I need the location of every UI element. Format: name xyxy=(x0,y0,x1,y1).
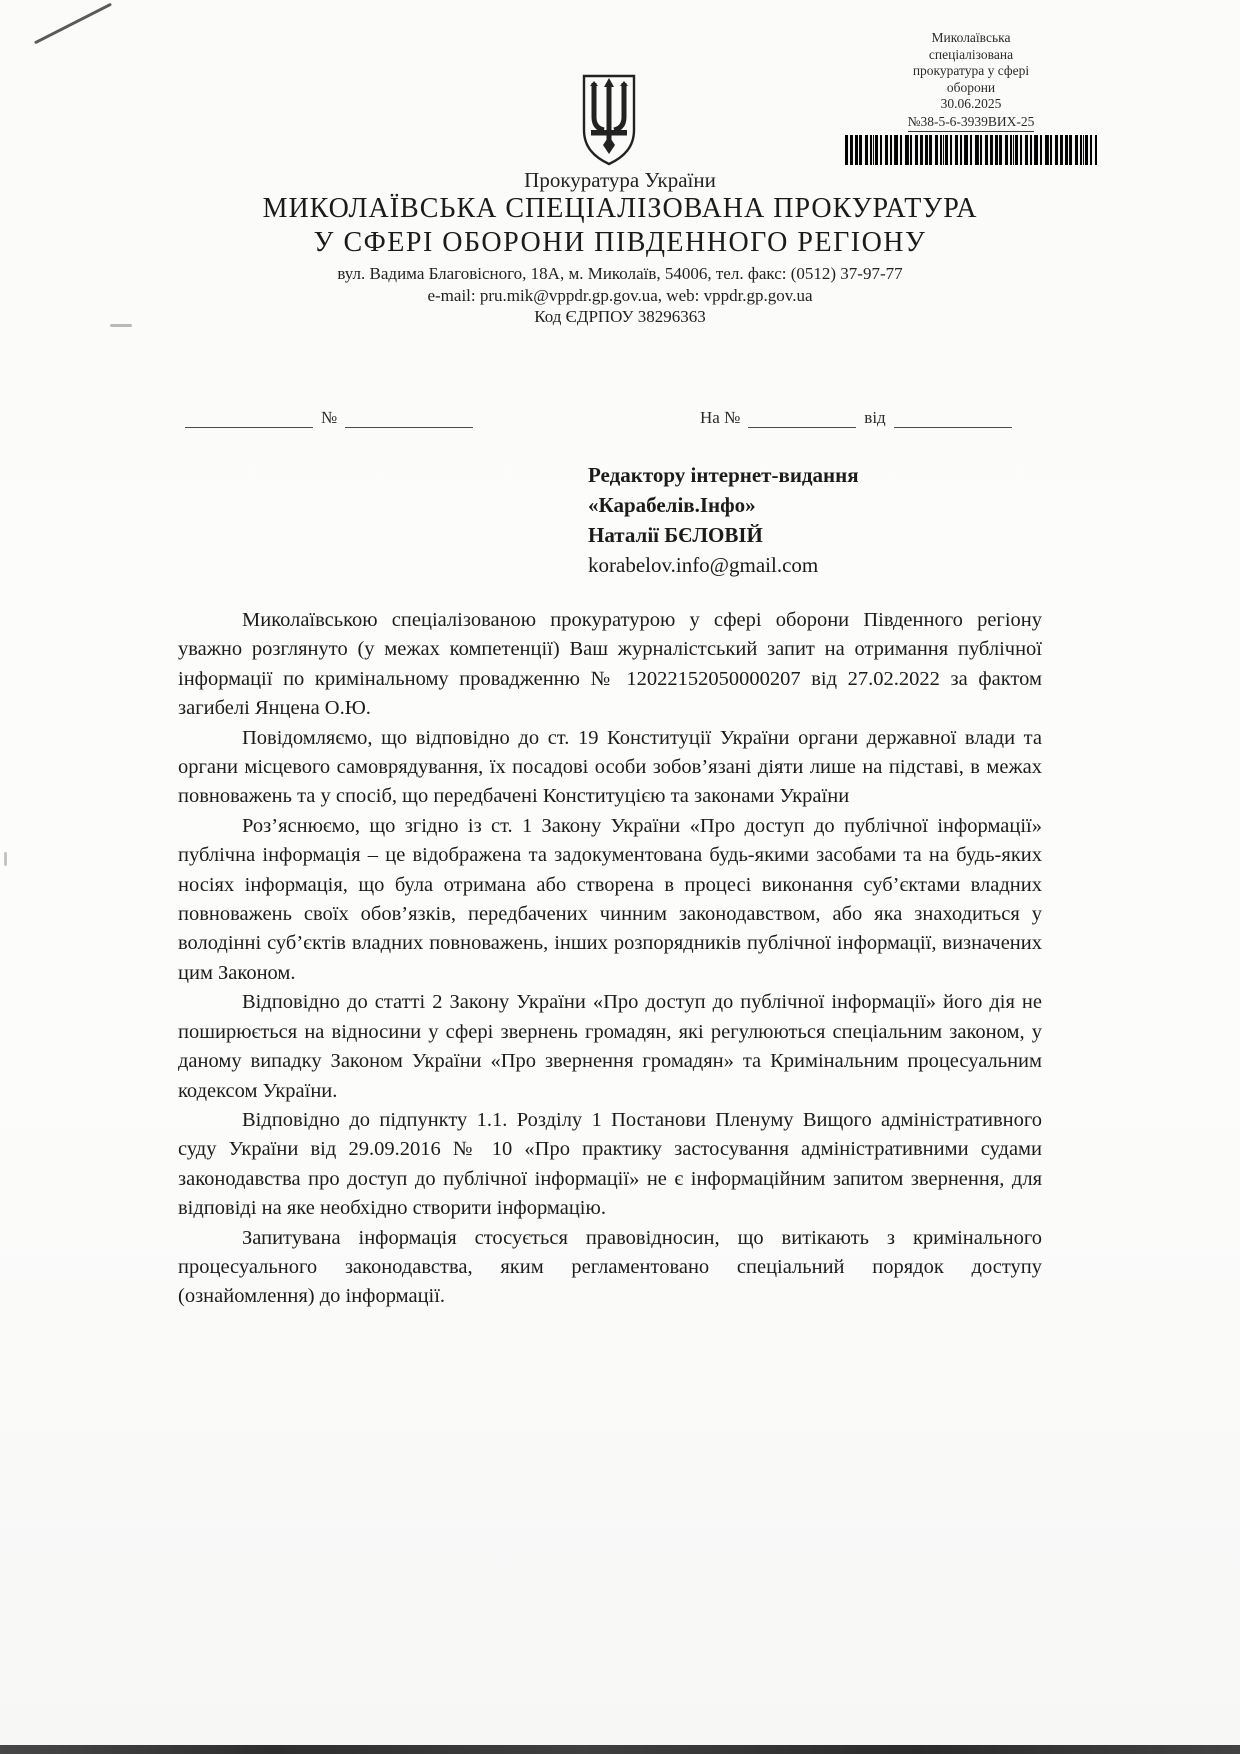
body-paragraph: Миколаївською спеціалізованою прокуратур… xyxy=(178,606,1042,724)
stamp-org-line: прокуратура у сфері xyxy=(845,63,1097,80)
recipient-publication: «Карабелів.Інфо» xyxy=(588,490,1048,520)
org-parent-name: Прокуратура України xyxy=(0,168,1240,193)
body-paragraph: Запитувана інформація стосується правові… xyxy=(178,1224,1042,1312)
number-blank-field xyxy=(345,411,473,428)
stamp-org-line: спеціалізована xyxy=(845,47,1097,64)
org-contacts: e-mail: pru.mik@vppdr.gp.gov.ua, web: vp… xyxy=(0,286,1240,306)
stamp-outgoing-number: №38-5-6-3939ВИХ-25 xyxy=(908,114,1035,133)
recipient-name: Наталії БЄЛОВІЙ xyxy=(588,520,1048,550)
scan-artifact-smudge xyxy=(4,852,7,866)
stamp-org-line: Миколаївська xyxy=(845,30,1097,47)
incoming-ref-fields: На №від xyxy=(700,408,1012,428)
recipient-email: korabelov.info@gmail.com xyxy=(588,550,1048,580)
body-paragraph: Відповідно до статті 2 Закону України «П… xyxy=(178,988,1042,1106)
letter-body: Миколаївською спеціалізованою прокуратур… xyxy=(178,606,1042,1312)
stamp-date: 30.06.2025 xyxy=(845,96,1097,113)
registration-stamp: Миколаївська спеціалізована прокуратура … xyxy=(845,30,1097,165)
org-edrpou-code: Код ЄДРПОУ 38296363 xyxy=(0,307,1240,327)
incoming-number-blank-field xyxy=(748,411,856,428)
no-label: № xyxy=(321,408,337,428)
scanned-letter-page: Миколаївська спеціалізована прокуратура … xyxy=(0,0,1240,1754)
org-address: вул. Вадима Благовісного, 18А, м. Микола… xyxy=(0,264,1240,284)
recipient-title: Редактору інтернет-видання xyxy=(588,460,1048,490)
outgoing-ref-fields: № xyxy=(185,408,473,428)
scan-edge-strip xyxy=(0,1745,1240,1754)
body-paragraph: Повідомляємо, що відповідно до ст. 19 Ко… xyxy=(178,724,1042,812)
ukraine-trident-emblem xyxy=(576,74,642,166)
reference-line: № На №від xyxy=(0,408,1240,434)
recipient-block: Редактору інтернет-видання «Карабелів.Ін… xyxy=(588,460,1048,580)
vid-label: від xyxy=(864,408,885,428)
body-paragraph: Роз’яснюємо, що згідно із ст. 1 Закону У… xyxy=(178,812,1042,988)
stamp-org-line: оборони xyxy=(845,80,1097,97)
na-no-label: На № xyxy=(700,408,740,428)
scan-artifact-pen-stroke xyxy=(34,3,112,45)
body-paragraph: Відповідно до підпункту 1.1. Розділу 1 П… xyxy=(178,1106,1042,1224)
barcode xyxy=(845,135,1097,165)
org-name-line2: У СФЕРІ ОБОРОНИ ПІВДЕННОГО РЕГІОНУ xyxy=(0,227,1240,259)
date-blank-field xyxy=(185,411,313,428)
org-name-line1: МИКОЛАЇВСЬКА СПЕЦІАЛІЗОВАНА ПРОКУРАТУРА xyxy=(0,193,1240,225)
incoming-date-blank-field xyxy=(894,411,1012,428)
